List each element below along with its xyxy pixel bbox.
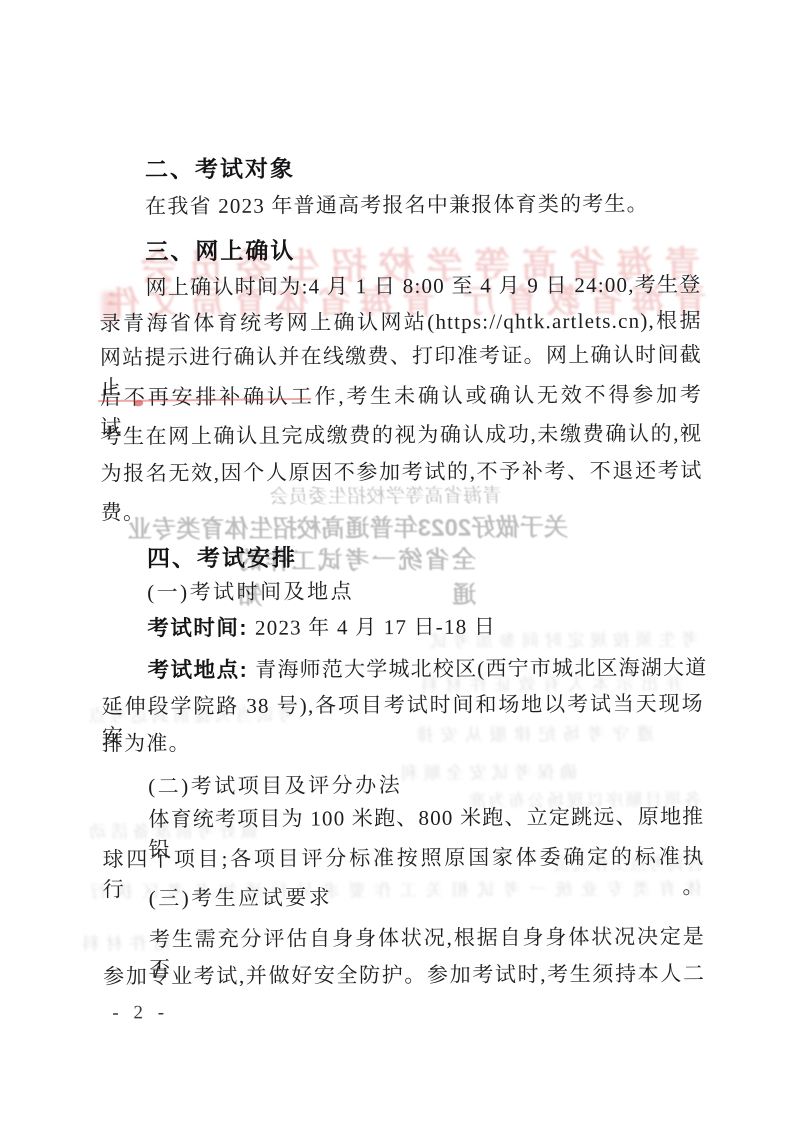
line-confirmation-6: 为报名无效,因个人原因不参加考试的,不予补考、不退还考试 — [100, 454, 702, 487]
exam-time-value: 2023 年 4 月 17 日-18 日 — [255, 614, 496, 639]
line-confirmation-7: 费。 — [101, 496, 146, 526]
subheading-time-location: (一)考试时间及地点 — [147, 575, 354, 606]
page-number: - 2 - — [112, 1002, 169, 1024]
exam-location-value: 青海师范大学城北校区(西宁市城北区海湖大道 — [255, 655, 707, 681]
heading-exam-arrangement: 四、考试安排 — [147, 540, 297, 574]
line-confirmation-5: 考生在网上确认且完成缴费的视为确认成功,未缴费确认的,视 — [100, 417, 702, 450]
line-exam-location-3: 排为准。 — [102, 727, 191, 757]
exam-location-label: 考试地点: — [148, 658, 249, 683]
line-confirmation-2: 录青海省体育统考网上确认网站(https://qhtk.artlets.cn),… — [100, 304, 702, 337]
exam-time-label: 考试时间: — [147, 616, 248, 641]
scan-tilt-wrapper: 青海省高等学校招生委员会 青海省教育厅 青海省体育局文件 青海省高等学校招生委员… — [0, 0, 794, 1123]
line-exam-target-body: 在我省 2023 年普通高考报名中兼报体育类的考生。 — [145, 188, 649, 221]
scanned-document-page: 青海省高等学校招生委员会 青海省教育厅 青海省体育局文件 青海省高等学校招生委员… — [0, 0, 794, 1123]
subheading-items-scoring: (二)考试项目及评分办法 — [148, 769, 402, 800]
bleedthrough-title-line-1: 关于做好2023年普通高校招生体育类专业 — [128, 507, 568, 544]
heading-online-confirmation: 三、网上确认 — [145, 233, 295, 267]
subheading-candidate-requirements: (三)考生应试要求 — [149, 881, 333, 912]
line-exam-time: 考试时间:2023 年 4 月 17 日-18 日 — [147, 609, 496, 642]
heading-exam-target: 二、考试对象 — [145, 151, 295, 185]
line-exam-location-2: 延伸段学院路 38 号),各项目考试时间和场地以考试当天现场安 — [102, 687, 704, 750]
line-requirements-2: 参加专业考试,并做好安全防护。参加考试时,考生须持本人二 — [103, 957, 705, 990]
bleedthrough-fragment: 确保考试安全顺利 — [401, 758, 577, 784]
line-confirmation-1: 网上确认时间为:4 月 1 日 8:00 至 4 月 9 日 24:00,考生登 — [145, 268, 701, 301]
line-exam-location: 考试地点:青海师范大学城北校区(西宁市城北区海湖大道 — [147, 650, 707, 684]
